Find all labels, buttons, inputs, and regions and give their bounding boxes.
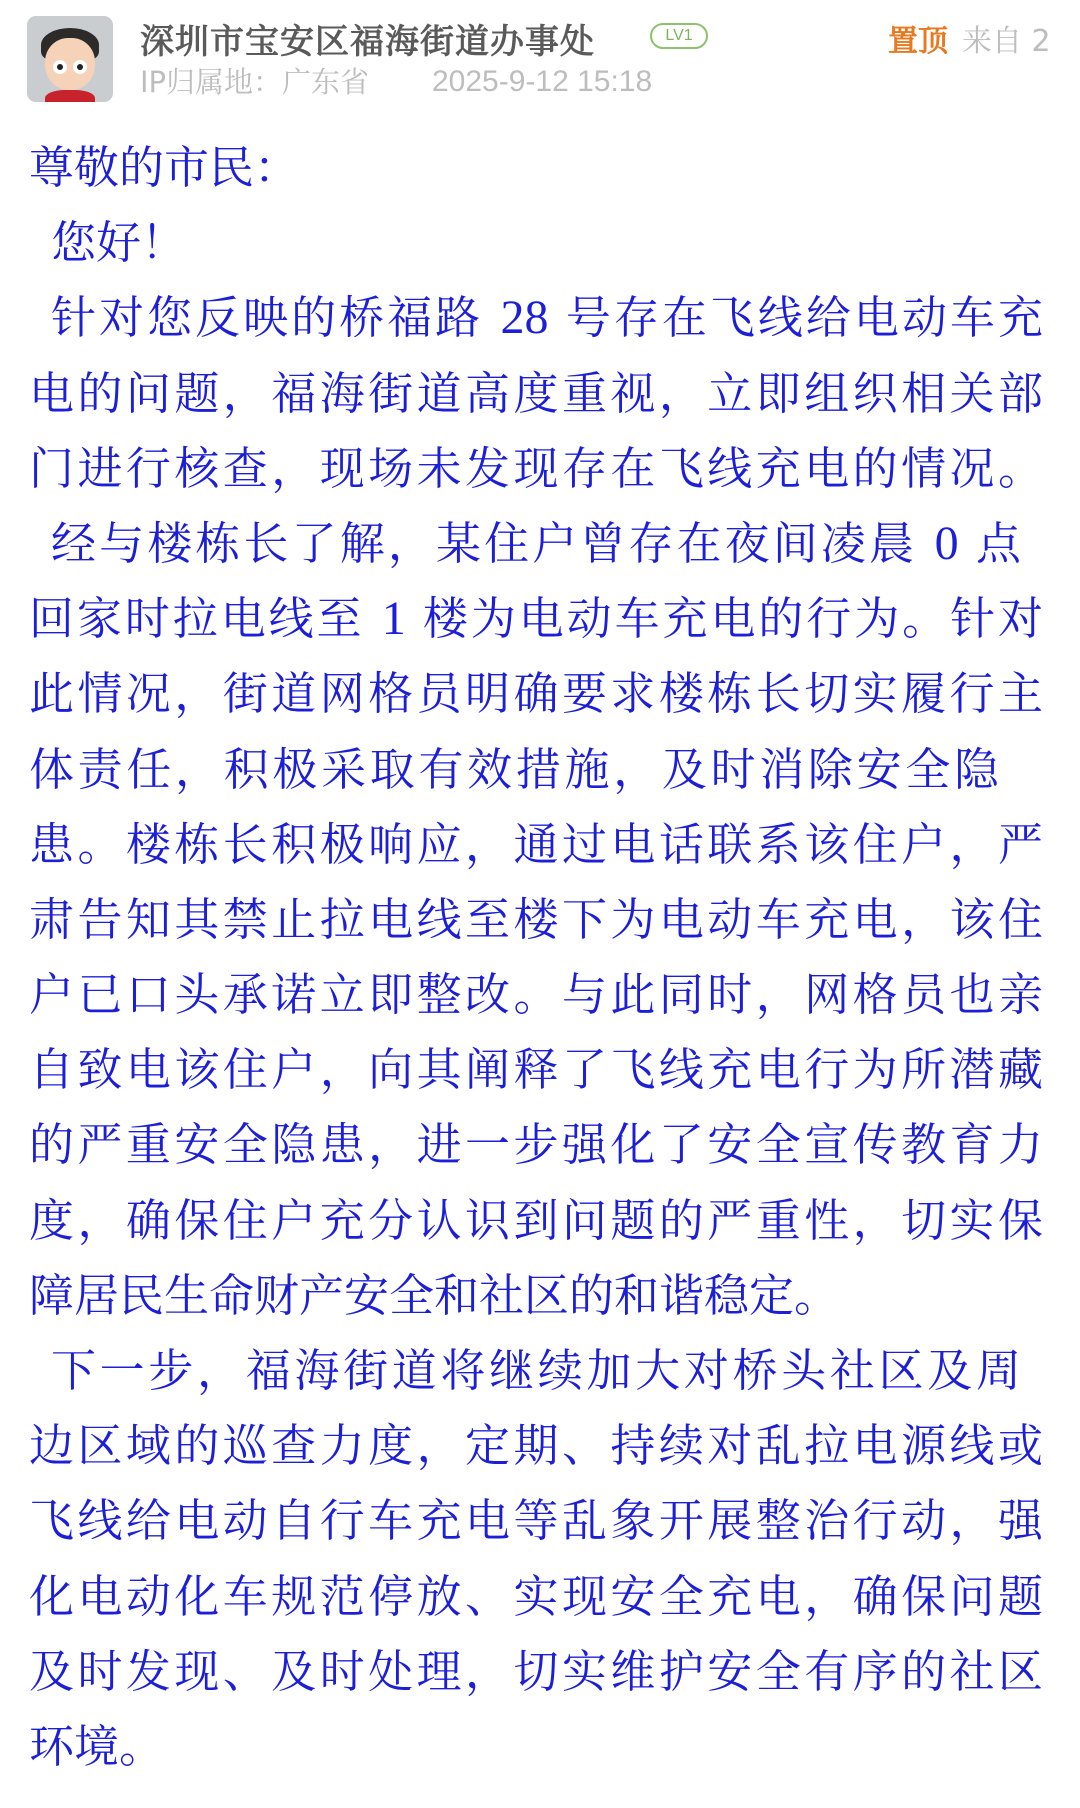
content-line: 电的问题，福海街道高度重视，立即组织相关部 — [29, 356, 1043, 431]
content-line: 及时发现、及时处理，切实维护安全有序的社区 — [29, 1634, 1043, 1709]
level-badge: LV1 — [650, 23, 708, 49]
content-line: 患。楼栋长积极响应，通过电话联系该住户，严 — [29, 807, 1043, 882]
pinned-label: 置顶 — [888, 22, 948, 62]
content-line: 自致电该住户，向其阐释了飞线充电行为所潜藏 — [29, 1032, 1043, 1107]
content-line: 经与楼栋长了解，某住户曾存在夜间凌晨 0 点 — [29, 506, 1043, 581]
content-line: 化电动化车规范停放、实现安全充电，确保问题 — [29, 1559, 1043, 1634]
content-line-closing: 环境。 — [29, 1709, 1043, 1784]
number-text: 1 — [382, 592, 406, 645]
content-line: 障居民生命财产安全和社区的和谐稳定。 — [29, 1258, 1043, 1333]
content-line: 度，确保住户充分认识到问题的严重性，切实保 — [29, 1183, 1043, 1258]
post-timestamp: 2025-9-12 15:18 — [432, 64, 652, 100]
content-line: 回家时拉电线至 1 楼为电动车充电的行为。针对 — [29, 581, 1043, 656]
content-line-hello: 您好！ — [29, 205, 1043, 280]
post-meta: IP归属地：广东省 2025-9-12 15:18 — [140, 64, 369, 100]
author-avatar[interactable] — [27, 16, 113, 102]
avatar-eye-right — [73, 60, 87, 74]
content-line: 肃告知其禁止拉电线至楼下为电动车充电，该住 — [29, 882, 1043, 957]
content-line: 门进行核查，现场未发现存在飞线充电的情况。 — [29, 431, 1043, 506]
content-line: 下一步，福海街道将继续加大对桥头社区及周 — [29, 1333, 1043, 1408]
content-line: 户已口头承诺立即整改。与此同时，网格员也亲 — [29, 957, 1043, 1032]
content-line: 飞线给电动自行车充电等乱象开展整治行动，强 — [29, 1483, 1043, 1558]
post-header: 深圳市宝安区福海街道办事处 LV1 IP归属地：广东省 2025-9-12 15… — [0, 0, 1080, 120]
content-line: 体责任，积极采取有效措施，及时消除安全隐 — [29, 732, 1043, 807]
avatar-eye-left — [53, 60, 67, 74]
content-line: 针对您反映的桥福路 28 号存在飞线给电动车充 — [29, 280, 1043, 355]
source-label[interactable]: 来自 2 — [962, 22, 1051, 62]
ip-location: IP归属地：广东省 — [140, 64, 369, 100]
content-line: 此情况，街道网格员明确要求楼栋长切实履行主 — [29, 656, 1043, 731]
number-text: 28 — [501, 291, 549, 344]
avatar-shirt — [45, 90, 95, 102]
post-content: 尊敬的市民： 您好！ 针对您反映的桥福路 28 号存在飞线给电动车充 电的问题，… — [29, 130, 1043, 1784]
content-line: 的严重安全隐患，进一步强化了安全宣传教育力 — [29, 1107, 1043, 1182]
author-name[interactable]: 深圳市宝安区福海街道办事处 — [140, 20, 595, 64]
number-text: 0 — [935, 517, 959, 570]
content-line-greeting: 尊敬的市民： — [29, 130, 1043, 205]
content-line: 边区域的巡查力度，定期、持续对乱拉电源线或 — [29, 1408, 1043, 1483]
